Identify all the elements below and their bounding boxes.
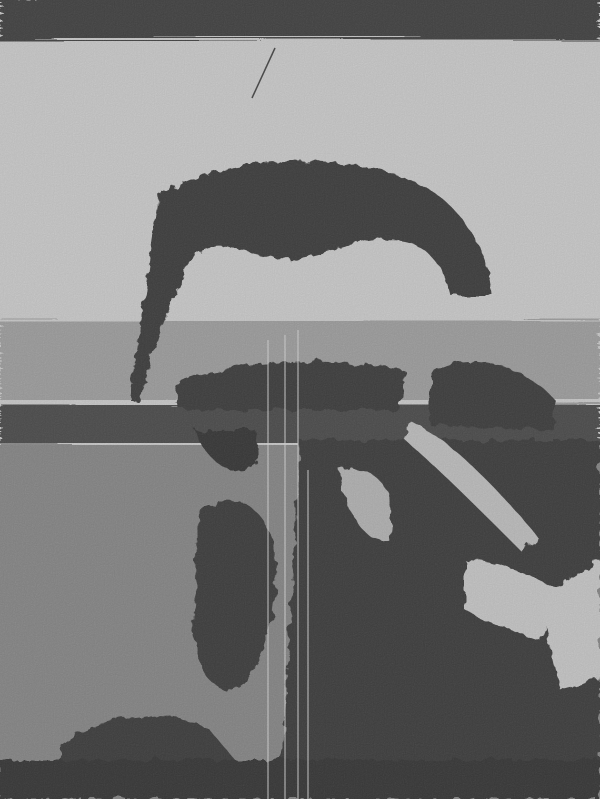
glitch-portrait [0,0,600,799]
artwork-canvas [0,0,600,799]
grain-overlay [0,0,600,799]
